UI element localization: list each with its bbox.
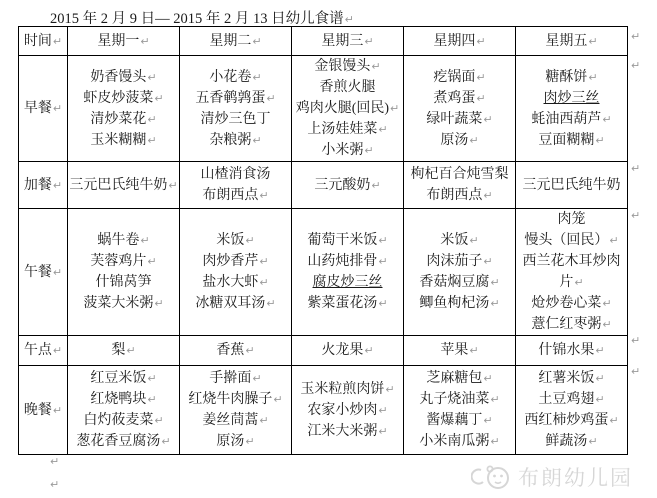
header-label: 时间↵ (20, 31, 66, 52)
dish-item-text: 红烧牛肉臊子 (188, 392, 272, 407)
paragraph-mark: ↵ (364, 344, 373, 357)
dish-item: 蚝油西葫芦↵ (517, 109, 626, 130)
dish-item: 芙蓉鸡片↵ (69, 251, 178, 272)
paragraph-mark: ↵ (259, 255, 268, 268)
paragraph-mark: ↵ (602, 113, 611, 126)
dish-item: 布朗西点↵ (405, 185, 514, 206)
dish-item-text: 小花卷 (209, 70, 251, 85)
paragraph-mark: ↵ (609, 414, 618, 427)
cell-breakfast-tuesday: 小花卷↵五香鹌鹑蛋↵清炒三色丁杂粮粥↵ (180, 56, 292, 162)
cell-breakfast-wednesday: 金银馒头↵香煎火腿鸡肉火腿(回民)↵上汤娃娃菜↵小米粥↵ (292, 56, 404, 162)
dish-item-text: 慢头（回民） (524, 233, 608, 248)
paragraph-mark: ↵ (245, 344, 254, 357)
row-label-afternoon-snack: 午点↵ (19, 336, 68, 366)
dish-item-text: 芝麻糖包 (426, 371, 482, 386)
dish-item-text: 原汤 (440, 133, 468, 148)
dish-item-text: 肉笼 (558, 212, 586, 227)
row-label-text: 午餐 (24, 265, 52, 280)
dish-item-text: 清炒三色丁 (201, 112, 271, 127)
paragraph-mark: ↵ (147, 255, 156, 268)
cell-afternoon-snack-friday: 什锦水果↵ (516, 336, 628, 366)
paragraph-mark: ↵ (378, 297, 387, 310)
dish-item: 江米大米粥↵ (293, 421, 402, 442)
dish-item: 香菇焖豆腐↵ (405, 272, 514, 293)
dish-item-text: 片 (559, 275, 573, 290)
cell-dinner-tuesday: 手擀面↵红烧牛肉臊子↵姜丝茼蒿↵原汤↵ (180, 366, 292, 455)
paragraph-mark: ↵ (147, 372, 156, 385)
header-cell-tuesday: 星期二↵ (180, 27, 292, 56)
dish-item-text: 上汤娃娃菜 (307, 122, 377, 137)
paragraph-mark: ↵ (390, 102, 399, 115)
paragraph-mark: ↵ (490, 435, 499, 448)
dish-item: 蜗牛卷↵ (69, 230, 178, 251)
dish-item-text: 红薯米饭 (538, 371, 594, 386)
cell-dinner-wednesday: 玉米粒煎肉饼↵农家小炒肉↵江米大米粥↵ (292, 366, 404, 455)
row-label: 早餐↵ (20, 98, 66, 119)
paragraph-mark: ↵ (469, 234, 478, 247)
cell-afternoon-snack-wednesday: 火龙果↵ (292, 336, 404, 366)
dish-item-text: 鲜蔬汤 (545, 434, 587, 449)
paragraph-mark: ↵ (364, 35, 373, 48)
dish-item-text: 手擀面 (209, 371, 251, 386)
watermark: 布朗幼儿园 (471, 462, 633, 492)
dish-item: 三元巴氏纯牛奶↵ (69, 175, 178, 196)
dish-item: 虾皮炒菠菜↵ (69, 88, 178, 109)
cell-morning-snack-wednesday: 三元酸奶↵ (292, 162, 404, 209)
dish-item: 冰糖双耳汤↵ (181, 293, 290, 314)
paragraph-mark: ↵ (371, 60, 380, 73)
paragraph-mark: ↵ (266, 92, 275, 105)
paragraph-mark: ↵ (259, 276, 268, 289)
dish-item-text: 炝炒卷心菜 (531, 296, 601, 311)
table-head: 时间↵星期一↵星期二↵星期三↵星期四↵星期五↵ (19, 27, 628, 56)
paragraph-mark: ↵ (273, 393, 282, 406)
dish-item-text: 清炒菜花 (90, 112, 146, 127)
cell-morning-snack-thursday: 枸杞百合炖雪梨布朗西点↵ (404, 162, 516, 209)
cell-lunch-thursday: 米饭↵肉沫茄子↵香菇焖豆腐↵鲫鱼枸杞汤↵ (404, 209, 516, 336)
dish-item: 煮鸡蛋↵ (405, 88, 514, 109)
dish-item-text: 芙蓉鸡片 (90, 254, 146, 269)
row-label: 午餐↵ (20, 262, 66, 283)
dish-item-text: 绿叶蔬菜 (426, 112, 482, 127)
row-label-dinner: 晚餐↵ (19, 366, 68, 455)
paragraph-mark: ↵ (609, 234, 618, 247)
paragraph-mark: ↵ (595, 372, 604, 385)
row-label-lunch: 午餐↵ (19, 209, 68, 336)
dish-item: 片↵ (517, 272, 626, 293)
dish-item: 红烧牛肉臊子↵ (181, 389, 290, 410)
paragraph-mark: ↵ (490, 297, 499, 310)
dish-item: 疙锅面↵ (405, 67, 514, 88)
paragraph-mark: ↵ (252, 372, 261, 385)
paragraph-mark: ↵ (483, 255, 492, 268)
paragraph-mark: ↵ (154, 92, 163, 105)
dish-item: 肉炒三丝 (517, 88, 626, 109)
dish-item-text: 小米粥 (321, 143, 363, 158)
dish-item: 山楂消食汤 (181, 164, 290, 185)
dish-item-text: 香煎火腿 (320, 80, 376, 95)
paragraph-mark: ↵ (483, 189, 492, 202)
table-row-breakfast: 早餐↵奶香馒头↵虾皮炒菠菜↵清炒菜花↵玉米糊糊↵小花卷↵五香鹌鹑蛋↵清炒三色丁杂… (19, 56, 628, 162)
dish-item-text: 香蕉 (216, 343, 244, 358)
paragraph-mark: ↵ (378, 425, 387, 438)
row-end-mark: ↵ (631, 30, 640, 43)
dish-item: 什锦莴笋 (69, 272, 178, 293)
paragraph-mark: ↵ (490, 393, 499, 406)
dish-item: 什锦水果↵ (517, 340, 626, 361)
row-label-text: 午点 (24, 343, 52, 358)
dish-item-text: 糖酥饼 (545, 70, 587, 85)
document-title: 2015 年 2 月 9 日— 2015 年 2 月 13 日幼儿食谱↵ (50, 7, 354, 28)
header-row: 时间↵星期一↵星期二↵星期三↵星期四↵星期五↵ (19, 27, 628, 56)
dish-item-text: 豆面糊糊 (538, 133, 594, 148)
paragraph-mark: ↵ (595, 344, 604, 357)
paragraph-mark: ↵ (574, 276, 583, 289)
dish-item-text: 什锦莴笋 (96, 275, 152, 290)
dish-item-text: 火龙果 (321, 343, 363, 358)
row-label-text: 早餐 (24, 101, 52, 116)
dish-item-text: 冰糖双耳汤 (195, 296, 265, 311)
dish-item: 芝麻糖包↵ (405, 368, 514, 389)
paragraph-mark: ↵ (602, 297, 611, 310)
dish-item: 火龙果↵ (293, 340, 402, 361)
dish-item: 腐皮炒三丝 (293, 272, 402, 293)
header-cell-wednesday: 星期三↵ (292, 27, 404, 56)
dish-item: 米饭↵ (181, 230, 290, 251)
dish-item: 农家小炒肉↵ (293, 400, 402, 421)
dish-item: 紫菜蛋花汤↵ (293, 293, 402, 314)
dish-item-text: 布朗西点 (426, 188, 482, 203)
dish-item: 红豆米饭↵ (69, 368, 178, 389)
dish-item: 鲫鱼枸杞汤↵ (405, 293, 514, 314)
dish-item: 香煎火腿 (293, 77, 402, 98)
dish-item: 香蕉↵ (181, 340, 290, 361)
dish-item-text: 肉炒三丝 (544, 91, 600, 106)
dish-item-text: 葡萄干米饭 (307, 233, 377, 248)
dish-item: 白灼莜麦菜↵ (69, 410, 178, 431)
table-row-lunch: 午餐↵蜗牛卷↵芙蓉鸡片↵什锦莴笋菠菜大米粥↵米饭↵肉炒香芹↵盐水大虾↵冰糖双耳汤… (19, 209, 628, 336)
dish-item: 玉米糊糊↵ (69, 130, 178, 151)
dish-item-text: 三元巴氏纯牛奶 (69, 178, 167, 193)
header-label-text: 星期二 (209, 34, 251, 49)
paragraph-mark: ↵ (588, 435, 597, 448)
dish-item: 杂粮粥↵ (181, 130, 290, 151)
dish-item: 手擀面↵ (181, 368, 290, 389)
dish-item: 原汤↵ (181, 431, 290, 452)
header-cell-friday: 星期五↵ (516, 27, 628, 56)
dish-item: 清炒三色丁 (181, 109, 290, 130)
header-label-text: 星期五 (545, 34, 587, 49)
paragraph-mark: ↵ (469, 134, 478, 147)
table-row-afternoon-snack: 午点↵梨↵香蕉↵火龙果↵苹果↵什锦水果↵ (19, 336, 628, 366)
paragraph-mark: ↵ (50, 478, 59, 491)
paragraph-mark: ↵ (168, 179, 177, 192)
paragraph-mark: ↵ (364, 144, 373, 157)
cell-breakfast-friday: 糖酥饼↵肉炒三丝蚝油西葫芦↵豆面糊糊↵ (516, 56, 628, 162)
dish-item-text: 苹果 (440, 343, 468, 358)
dish-item: 红烧鸭块↵ (69, 389, 178, 410)
paragraph-mark: ↵ (588, 35, 597, 48)
menu-table: 时间↵星期一↵星期二↵星期三↵星期四↵星期五↵ 早餐↵奶香馒头↵虾皮炒菠菜↵清炒… (18, 26, 628, 455)
paragraph-mark: ↵ (147, 393, 156, 406)
paragraph-mark: ↵ (469, 344, 478, 357)
row-label-text: 晚餐 (24, 403, 52, 418)
cell-lunch-monday: 蜗牛卷↵芙蓉鸡片↵什锦莴笋菠菜大米粥↵ (68, 209, 180, 336)
dish-item-text: 蚝油西葫芦 (531, 112, 601, 127)
cell-dinner-monday: 红豆米饭↵红烧鸭块↵白灼莜麦菜↵葱花香豆腐汤↵ (68, 366, 180, 455)
dish-item-text: 梨 (111, 343, 125, 358)
dish-item: 菠菜大米粥↵ (69, 293, 178, 314)
dish-item-text: 玉米粒煎肉饼 (300, 382, 384, 397)
dish-item-text: 金银馒头 (314, 59, 370, 74)
paragraph-mark: ↵ (53, 344, 62, 357)
dish-item: 姜丝茼蒿↵ (181, 410, 290, 431)
dish-item: 葡萄干米饭↵ (293, 230, 402, 251)
header-label: 星期三↵ (293, 31, 402, 52)
paragraph-mark: ↵ (50, 455, 59, 468)
paragraph-mark: ↵ (53, 35, 62, 48)
cell-breakfast-monday: 奶香馒头↵虾皮炒菠菜↵清炒菜花↵玉米糊糊↵ (68, 56, 180, 162)
header-label: 星期二↵ (181, 31, 290, 52)
dish-item: 肉炒香芹↵ (181, 251, 290, 272)
dish-item: 三元酸奶↵ (293, 175, 402, 196)
cell-afternoon-snack-monday: 梨↵ (68, 336, 180, 366)
dish-item-text: 山楂消食汤 (201, 167, 271, 182)
cell-morning-snack-monday: 三元巴氏纯牛奶↵ (68, 162, 180, 209)
dish-item-text: 鲫鱼枸杞汤 (419, 296, 489, 311)
food-menu-page: 2015 年 2 月 9 日— 2015 年 2 月 13 日幼儿食谱↵ 时间↵… (0, 0, 657, 498)
dish-item: 布朗西点↵ (181, 185, 290, 206)
dish-item: 绿叶蔬菜↵ (405, 109, 514, 130)
paragraph-mark: ↵ (53, 102, 62, 115)
dish-item: 西兰花木耳炒肉 (517, 251, 626, 272)
dish-item-text: 什锦水果 (538, 343, 594, 358)
dish-item-text: 米饭 (216, 233, 244, 248)
header-label: 星期一↵ (69, 31, 178, 52)
header-label-text: 时间 (24, 34, 52, 49)
header-cell-thursday: 星期四↵ (404, 27, 516, 56)
dish-item: 西红柿炒鸡蛋↵ (517, 410, 626, 431)
dish-item: 山药炖排骨↵ (293, 251, 402, 272)
row-label-breakfast: 早餐↵ (19, 56, 68, 162)
dish-item-text: 腐皮炒三丝 (313, 275, 383, 290)
dish-item: 原汤↵ (405, 130, 514, 151)
dish-item: 土豆鸡翅↵ (517, 389, 626, 410)
row-label-text: 加餐 (24, 178, 52, 193)
dish-item: 豆面糊糊↵ (517, 130, 626, 151)
cell-afternoon-snack-tuesday: 香蕉↵ (180, 336, 292, 366)
cell-dinner-friday: 红薯米饭↵土豆鸡翅↵西红柿炒鸡蛋↵鲜蔬汤↵ (516, 366, 628, 455)
cell-lunch-tuesday: 米饭↵肉炒香芹↵盐水大虾↵冰糖双耳汤↵ (180, 209, 292, 336)
dish-item-text: 玉米糊糊 (90, 133, 146, 148)
dish-item-text: 香菇焖豆腐 (419, 275, 489, 290)
paragraph-mark: ↵ (147, 71, 156, 84)
cell-breakfast-thursday: 疙锅面↵煮鸡蛋↵绿叶蔬菜↵原汤↵ (404, 56, 516, 162)
dish-item: 苹果↵ (405, 340, 514, 361)
paragraph-mark: ↵ (483, 372, 492, 385)
dish-item-text: 小米南瓜粥 (419, 434, 489, 449)
dish-item-text: 紫菜蛋花汤 (307, 296, 377, 311)
dish-item-text: 农家小炒肉 (307, 403, 377, 418)
dish-item-text: 红烧鸭块 (90, 392, 146, 407)
paragraph-mark: ↵ (378, 234, 387, 247)
dish-item: 清炒菜花↵ (69, 109, 178, 130)
dish-item: 梨↵ (69, 340, 178, 361)
row-end-mark: ↵ (631, 209, 640, 222)
dish-item-text: 布朗西点 (202, 188, 258, 203)
paragraph-mark: ↵ (385, 383, 394, 396)
dish-item: 肉沫茄子↵ (405, 251, 514, 272)
row-end-mark: ↵ (631, 365, 640, 378)
header-label-text: 星期三 (321, 34, 363, 49)
paragraph-mark: ↵ (245, 435, 254, 448)
dish-item: 小米南瓜粥↵ (405, 431, 514, 452)
table-row-morning-snack: 加餐↵三元巴氏纯牛奶↵山楂消食汤布朗西点↵三元酸奶↵枸杞百合炖雪梨布朗西点↵三元… (19, 162, 628, 209)
paragraph-mark: ↵ (53, 404, 62, 417)
dish-item-text: 丸子烧油菜 (419, 392, 489, 407)
paragraph-mark: ↵ (371, 179, 380, 192)
dish-item-text: 山药炖排骨 (307, 254, 377, 269)
paragraph-mark: ↵ (147, 113, 156, 126)
dish-item: 玉米粒煎肉饼↵ (293, 379, 402, 400)
dish-item: 鸡肉火腿(回民)↵ (293, 98, 402, 119)
dish-item-text: 原汤 (216, 434, 244, 449)
paragraph-mark: ↵ (161, 435, 170, 448)
dish-item-text: 西红柿炒鸡蛋 (524, 413, 608, 428)
paragraph-mark: ↵ (126, 344, 135, 357)
dish-item-text: 三元酸奶 (314, 178, 370, 193)
cell-morning-snack-friday: 三元巴氏纯牛奶 (516, 162, 628, 209)
dish-item: 丸子烧油菜↵ (405, 389, 514, 410)
dish-item: 枸杞百合炖雪梨 (405, 164, 514, 185)
dish-item-text: 盐水大虾 (202, 275, 258, 290)
dish-item-text: 枸杞百合炖雪梨 (411, 167, 509, 182)
dish-item-text: 姜丝茼蒿 (202, 413, 258, 428)
dish-item: 小米粥↵ (293, 140, 402, 161)
dish-item: 酱爆藕丁↵ (405, 410, 514, 431)
dish-item-text: 煮鸡蛋 (433, 91, 475, 106)
paragraph-mark: ↵ (378, 255, 387, 268)
cell-morning-snack-tuesday: 山楂消食汤布朗西点↵ (180, 162, 292, 209)
table-row-dinner: 晚餐↵红豆米饭↵红烧鸭块↵白灼莜麦菜↵葱花香豆腐汤↵手擀面↵红烧牛肉臊子↵姜丝茼… (19, 366, 628, 455)
cell-afternoon-snack-thursday: 苹果↵ (404, 336, 516, 366)
dish-item: 米饭↵ (405, 230, 514, 251)
kindergarten-logo-icon (471, 463, 513, 491)
dish-item: 肉笼 (517, 209, 626, 230)
dish-item: 盐水大虾↵ (181, 272, 290, 293)
dish-item-text: 酱爆藕丁 (426, 413, 482, 428)
dish-item: 五香鹌鹑蛋↵ (181, 88, 290, 109)
paragraph-mark: ↵ (252, 71, 261, 84)
paragraph-mark: ↵ (588, 71, 597, 84)
row-end-mark: ↵ (631, 334, 640, 347)
dish-item: 三元巴氏纯牛奶 (517, 175, 626, 196)
row-label: 加餐↵ (20, 175, 66, 196)
table-body: 早餐↵奶香馒头↵虾皮炒菠菜↵清炒菜花↵玉米糊糊↵小花卷↵五香鹌鹑蛋↵清炒三色丁杂… (19, 56, 628, 455)
paragraph-mark: ↵ (378, 123, 387, 136)
row-label-morning-snack: 加餐↵ (19, 162, 68, 209)
paragraph-mark: ↵ (245, 234, 254, 247)
paragraph-mark: ↵ (154, 297, 163, 310)
dish-item: 葱花香豆腐汤↵ (69, 431, 178, 452)
dish-item-text: 红豆米饭 (90, 371, 146, 386)
paragraph-mark: ↵ (476, 92, 485, 105)
dish-item: 炝炒卷心菜↵ (517, 293, 626, 314)
dish-item-text: 杂粮粥 (209, 133, 251, 148)
header-label-text: 星期一 (97, 34, 139, 49)
header-cell-monday: 星期一↵ (68, 27, 180, 56)
dish-item: 薏仁红枣粥↵ (517, 314, 626, 335)
dish-item-text: 西兰花木耳炒肉 (523, 254, 621, 269)
header-label: 星期四↵ (405, 31, 514, 52)
paragraph-mark: ↵ (266, 297, 275, 310)
page-title: 2015 年 2 月 9 日— 2015 年 2 月 13 日幼儿食谱 (50, 11, 344, 27)
paragraph-mark: ↵ (483, 414, 492, 427)
paragraph-mark: ↵ (378, 404, 387, 417)
watermark-text: 布朗幼儿园 (518, 462, 633, 492)
dish-item-text: 蜗牛卷 (97, 233, 139, 248)
dish-item-text: 土豆鸡翅 (538, 392, 594, 407)
row-label: 晚餐↵ (20, 400, 66, 421)
dish-item-text: 白灼莜麦菜 (83, 413, 153, 428)
paragraph-mark: ↵ (602, 318, 611, 331)
paragraph-mark: ↵ (490, 276, 499, 289)
dish-item: 小花卷↵ (181, 67, 290, 88)
dish-item-text: 肉炒香芹 (202, 254, 258, 269)
dish-item-text: 葱花香豆腐汤 (76, 434, 160, 449)
paragraph-mark: ↵ (140, 234, 149, 247)
dish-item-text: 米饭 (440, 233, 468, 248)
dish-item: 上汤娃娃菜↵ (293, 119, 402, 140)
paragraph-mark: ↵ (345, 13, 354, 26)
paragraph-mark: ↵ (595, 134, 604, 147)
paragraph-mark: ↵ (252, 134, 261, 147)
paragraph-mark: ↵ (483, 113, 492, 126)
dish-item-text: 疙锅面 (433, 70, 475, 85)
row-end-mark: ↵ (631, 59, 640, 72)
dish-item-text: 江米大米粥 (307, 424, 377, 439)
paragraph-mark: ↵ (595, 393, 604, 406)
row-end-mark: ↵ (631, 162, 640, 175)
dish-item: 红薯米饭↵ (517, 368, 626, 389)
dish-item-text: 薏仁红枣粥 (531, 317, 601, 332)
row-label: 午点↵ (20, 340, 66, 361)
paragraph-mark: ↵ (53, 266, 62, 279)
dish-item: 慢头（回民）↵ (517, 230, 626, 251)
paragraph-mark: ↵ (259, 189, 268, 202)
dish-item: 糖酥饼↵ (517, 67, 626, 88)
paragraph-mark: ↵ (154, 414, 163, 427)
header-label-text: 星期四 (433, 34, 475, 49)
paragraph-mark: ↵ (476, 71, 485, 84)
cell-lunch-wednesday: 葡萄干米饭↵山药炖排骨↵腐皮炒三丝紫菜蛋花汤↵ (292, 209, 404, 336)
dish-item-text: 肉沫茄子 (426, 254, 482, 269)
paragraph-mark: ↵ (252, 35, 261, 48)
dish-item-text: 三元巴氏纯牛奶 (523, 178, 621, 193)
paragraph-mark: ↵ (53, 179, 62, 192)
dish-item-text: 鸡肉火腿(回民) (296, 101, 389, 116)
dish-item-text: 奶香馒头 (90, 70, 146, 85)
dish-item: 金银馒头↵ (293, 56, 402, 77)
header-cell-time: 时间↵ (19, 27, 68, 56)
cell-lunch-friday: 肉笼慢头（回民）↵西兰花木耳炒肉片↵炝炒卷心菜↵薏仁红枣粥↵ (516, 209, 628, 336)
dish-item: 奶香馒头↵ (69, 67, 178, 88)
paragraph-mark: ↵ (476, 35, 485, 48)
dish-item-text: 菠菜大米粥 (83, 296, 153, 311)
paragraph-mark: ↵ (259, 414, 268, 427)
header-label: 星期五↵ (517, 31, 626, 52)
paragraph-mark: ↵ (147, 134, 156, 147)
